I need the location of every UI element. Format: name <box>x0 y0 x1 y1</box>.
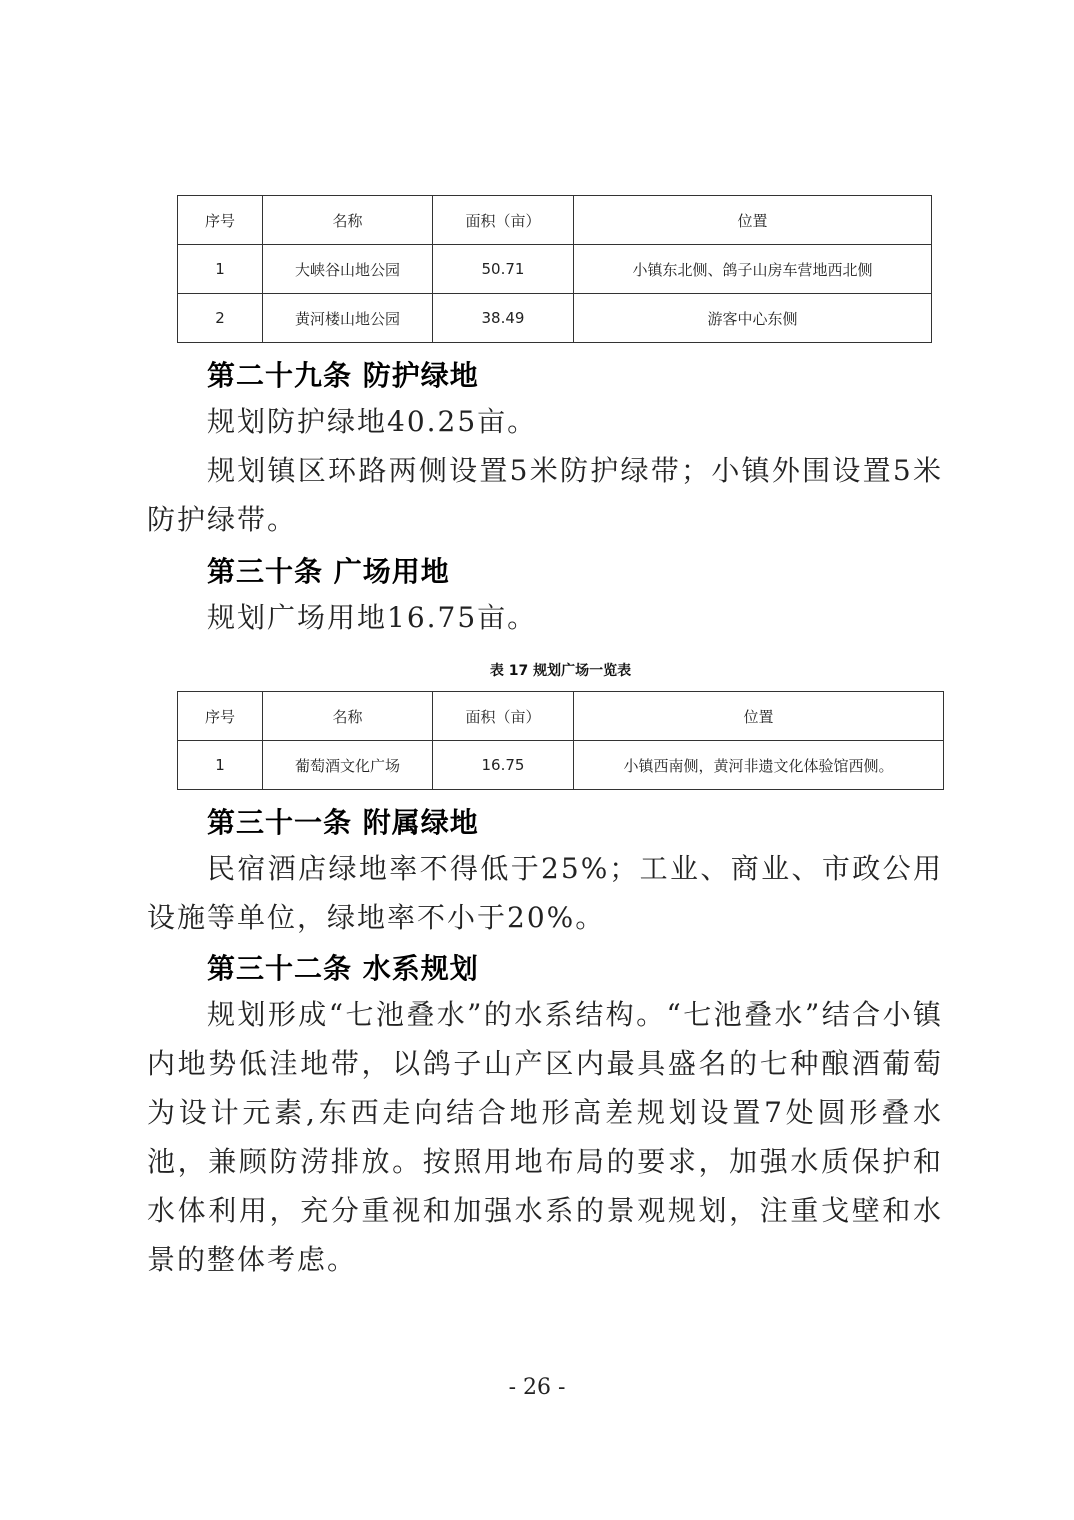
header-cell: 序号 <box>178 196 263 245</box>
cell: 游客中心东侧 <box>574 294 932 343</box>
cell: 50.71 <box>433 245 574 294</box>
table-header-row: 序号 名称 面积（亩） 位置 <box>178 692 944 741</box>
article-30-heading: 第三十条 广场用地 <box>207 550 450 590</box>
header-cell: 位置 <box>574 196 932 245</box>
header-cell: 位置 <box>574 692 944 741</box>
table-row: 1 大峡谷山地公园 50.71 小镇东北侧、鸽子山房车营地西北侧 <box>178 245 932 294</box>
plaza-table: 序号 名称 面积（亩） 位置 1 葡萄酒文化广场 16.75 小镇西南侧，黄河非… <box>177 691 944 790</box>
article-31-paragraph-1: 民宿酒店绿地率不得低于25%；工业、商业、市政公用设施等单位，绿地率不小于20%… <box>147 844 943 942</box>
header-cell: 名称 <box>263 196 433 245</box>
table-header-row: 序号 名称 面积（亩） 位置 <box>178 196 932 245</box>
header-cell: 面积（亩） <box>433 692 574 741</box>
cell: 小镇西南侧，黄河非遗文化体验馆西侧。 <box>574 741 944 790</box>
page-number: - 26 - <box>0 1375 1074 1400</box>
cell: 1 <box>178 245 263 294</box>
article-29-heading: 第二十九条 防护绿地 <box>207 354 479 394</box>
header-cell: 面积（亩） <box>433 196 574 245</box>
table-caption: 表 17 规划广场一览表 <box>177 660 944 680</box>
article-29-paragraph-2: 规划镇区环路两侧设置5米防护绿带；小镇外围设置5米防护绿带。 <box>147 446 943 544</box>
table-row: 1 葡萄酒文化广场 16.75 小镇西南侧，黄河非遗文化体验馆西侧。 <box>178 741 944 790</box>
article-29-paragraph-1: 规划防护绿地40.25亩。 <box>147 397 943 446</box>
header-cell: 序号 <box>178 692 263 741</box>
article-32-paragraph-1: 规划形成“七池叠水”的水系结构。“七池叠水”结合小镇内地势低洼地带，以鸽子山产区… <box>147 990 943 1284</box>
table-row: 2 黄河楼山地公园 38.49 游客中心东侧 <box>178 294 932 343</box>
cell: 小镇东北侧、鸽子山房车营地西北侧 <box>574 245 932 294</box>
header-cell: 名称 <box>263 692 433 741</box>
cell: 16.75 <box>433 741 574 790</box>
cell: 1 <box>178 741 263 790</box>
cell: 大峡谷山地公园 <box>263 245 433 294</box>
parks-table: 序号 名称 面积（亩） 位置 1 大峡谷山地公园 50.71 小镇东北侧、鸽子山… <box>177 195 932 343</box>
article-30-paragraph-1: 规划广场用地16.75亩。 <box>147 593 943 642</box>
article-31-heading: 第三十一条 附属绿地 <box>207 801 479 841</box>
article-32-heading: 第三十二条 水系规划 <box>207 947 479 987</box>
cell: 2 <box>178 294 263 343</box>
cell: 38.49 <box>433 294 574 343</box>
cell: 葡萄酒文化广场 <box>263 741 433 790</box>
cell: 黄河楼山地公园 <box>263 294 433 343</box>
